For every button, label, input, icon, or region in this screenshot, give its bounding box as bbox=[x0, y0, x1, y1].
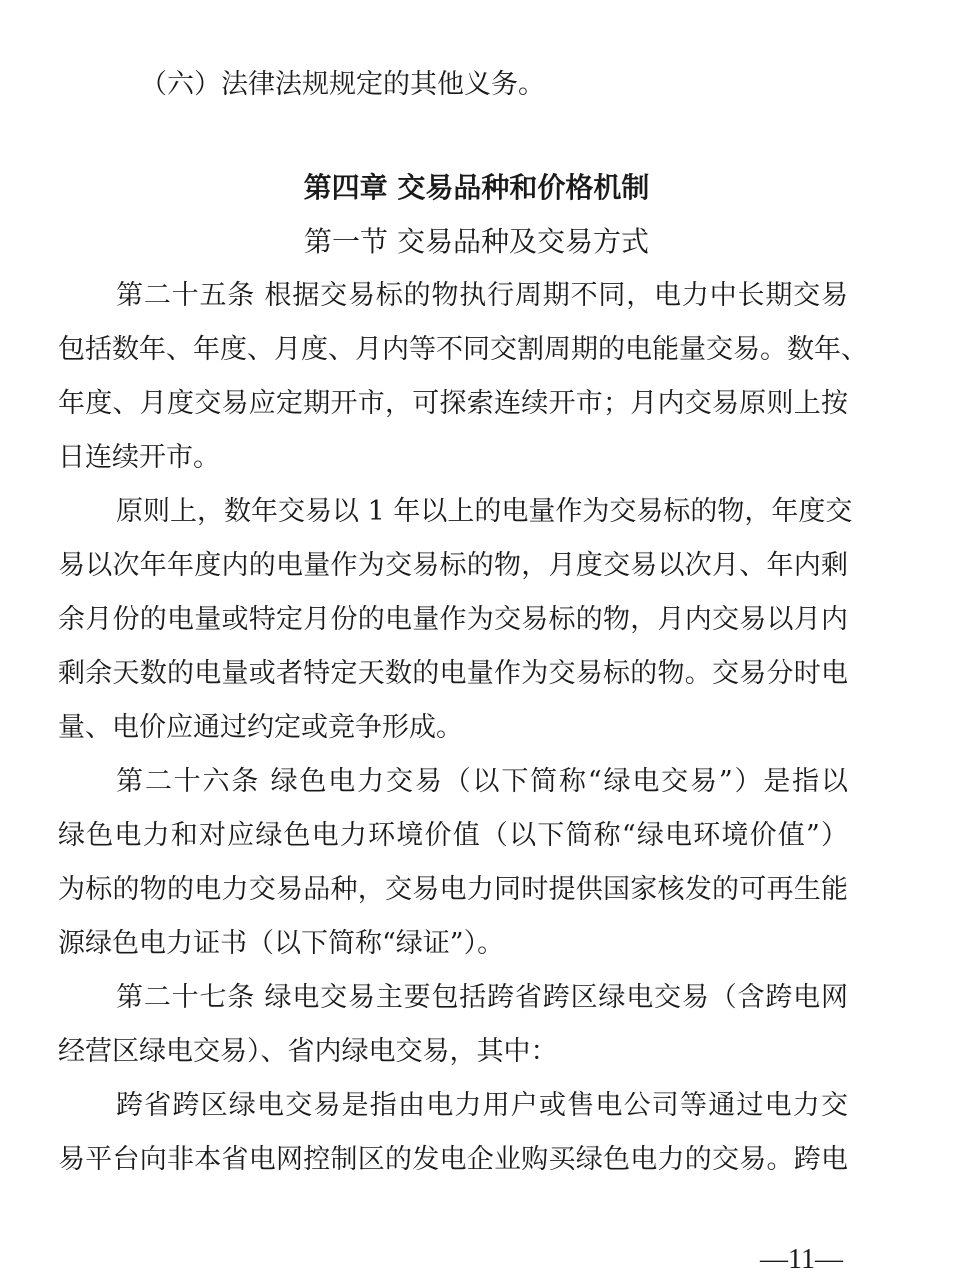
article-26-line-3: 为标的物的电力交易品种，交易电力同时提供国家核发的可再生能 bbox=[58, 872, 848, 908]
page-number: —11— bbox=[760, 1244, 843, 1276]
article-26-line-1: 第二十六条 绿色电力交易（以下简称“绿电交易”）是指以 bbox=[116, 764, 848, 800]
chapter-title: 第四章 交易品种和价格机制 bbox=[0, 170, 953, 206]
article-26-line-2: 绿色电力和对应绿色电力环境价值（以下简称“绿电环境价值”） bbox=[58, 818, 848, 854]
principle-line-2: 易以次年年度内的电量作为交易标的物，月度交易以次月、年内剩 bbox=[58, 548, 848, 584]
principle-line-4: 剩余天数的电量或者特定天数的电量作为交易标的物。交易分时电 bbox=[58, 656, 848, 692]
article-25-line-1: 第二十五条 根据交易标的物执行周期不同，电力中长期交易 bbox=[116, 278, 848, 314]
article-27-label: 第二十七条 bbox=[116, 982, 255, 1013]
principle-line-5: 量、电价应通过约定或竞争形成。 bbox=[58, 710, 848, 746]
article-27-line-2: 经营区绿电交易）、省内绿电交易，其中： bbox=[58, 1034, 848, 1070]
article-25-line-4: 日连续开市。 bbox=[58, 440, 848, 476]
cross-region-line-2: 易平台向非本省电网控制区的发电企业购买绿色电力的交易。跨电 bbox=[58, 1142, 848, 1178]
section-title: 第一节 交易品种及交易方式 bbox=[0, 224, 953, 260]
article-26-label: 第二十六条 bbox=[116, 766, 260, 797]
principle-line-1: 原则上，数年交易以 1 年以上的电量作为交易标的物，年度交 bbox=[116, 494, 848, 530]
article-26-line-4: 源绿色电力证书（以下简称“绿证”）。 bbox=[58, 926, 848, 962]
article-25-line-2: 包括数年、年度、月度、月内等不同交割周期的电能量交易。数年、 bbox=[58, 332, 848, 368]
item-six: （六）法律法规规定的其他义务。 bbox=[140, 67, 545, 103]
cross-region-line-1: 跨省跨区绿电交易是指由电力用户或售电公司等通过电力交 bbox=[116, 1088, 848, 1124]
principle-line-3: 余月份的电量或特定月份的电量作为交易标的物，月内交易以月内 bbox=[58, 602, 848, 638]
article-27-line-1: 第二十七条 绿电交易主要包括跨省跨区绿电交易（含跨电网 bbox=[116, 980, 848, 1016]
article-25-label: 第二十五条 bbox=[116, 280, 255, 311]
article-25-line-3: 年度、月度交易应定期开市，可探索连续开市；月内交易原则上按 bbox=[58, 386, 848, 422]
